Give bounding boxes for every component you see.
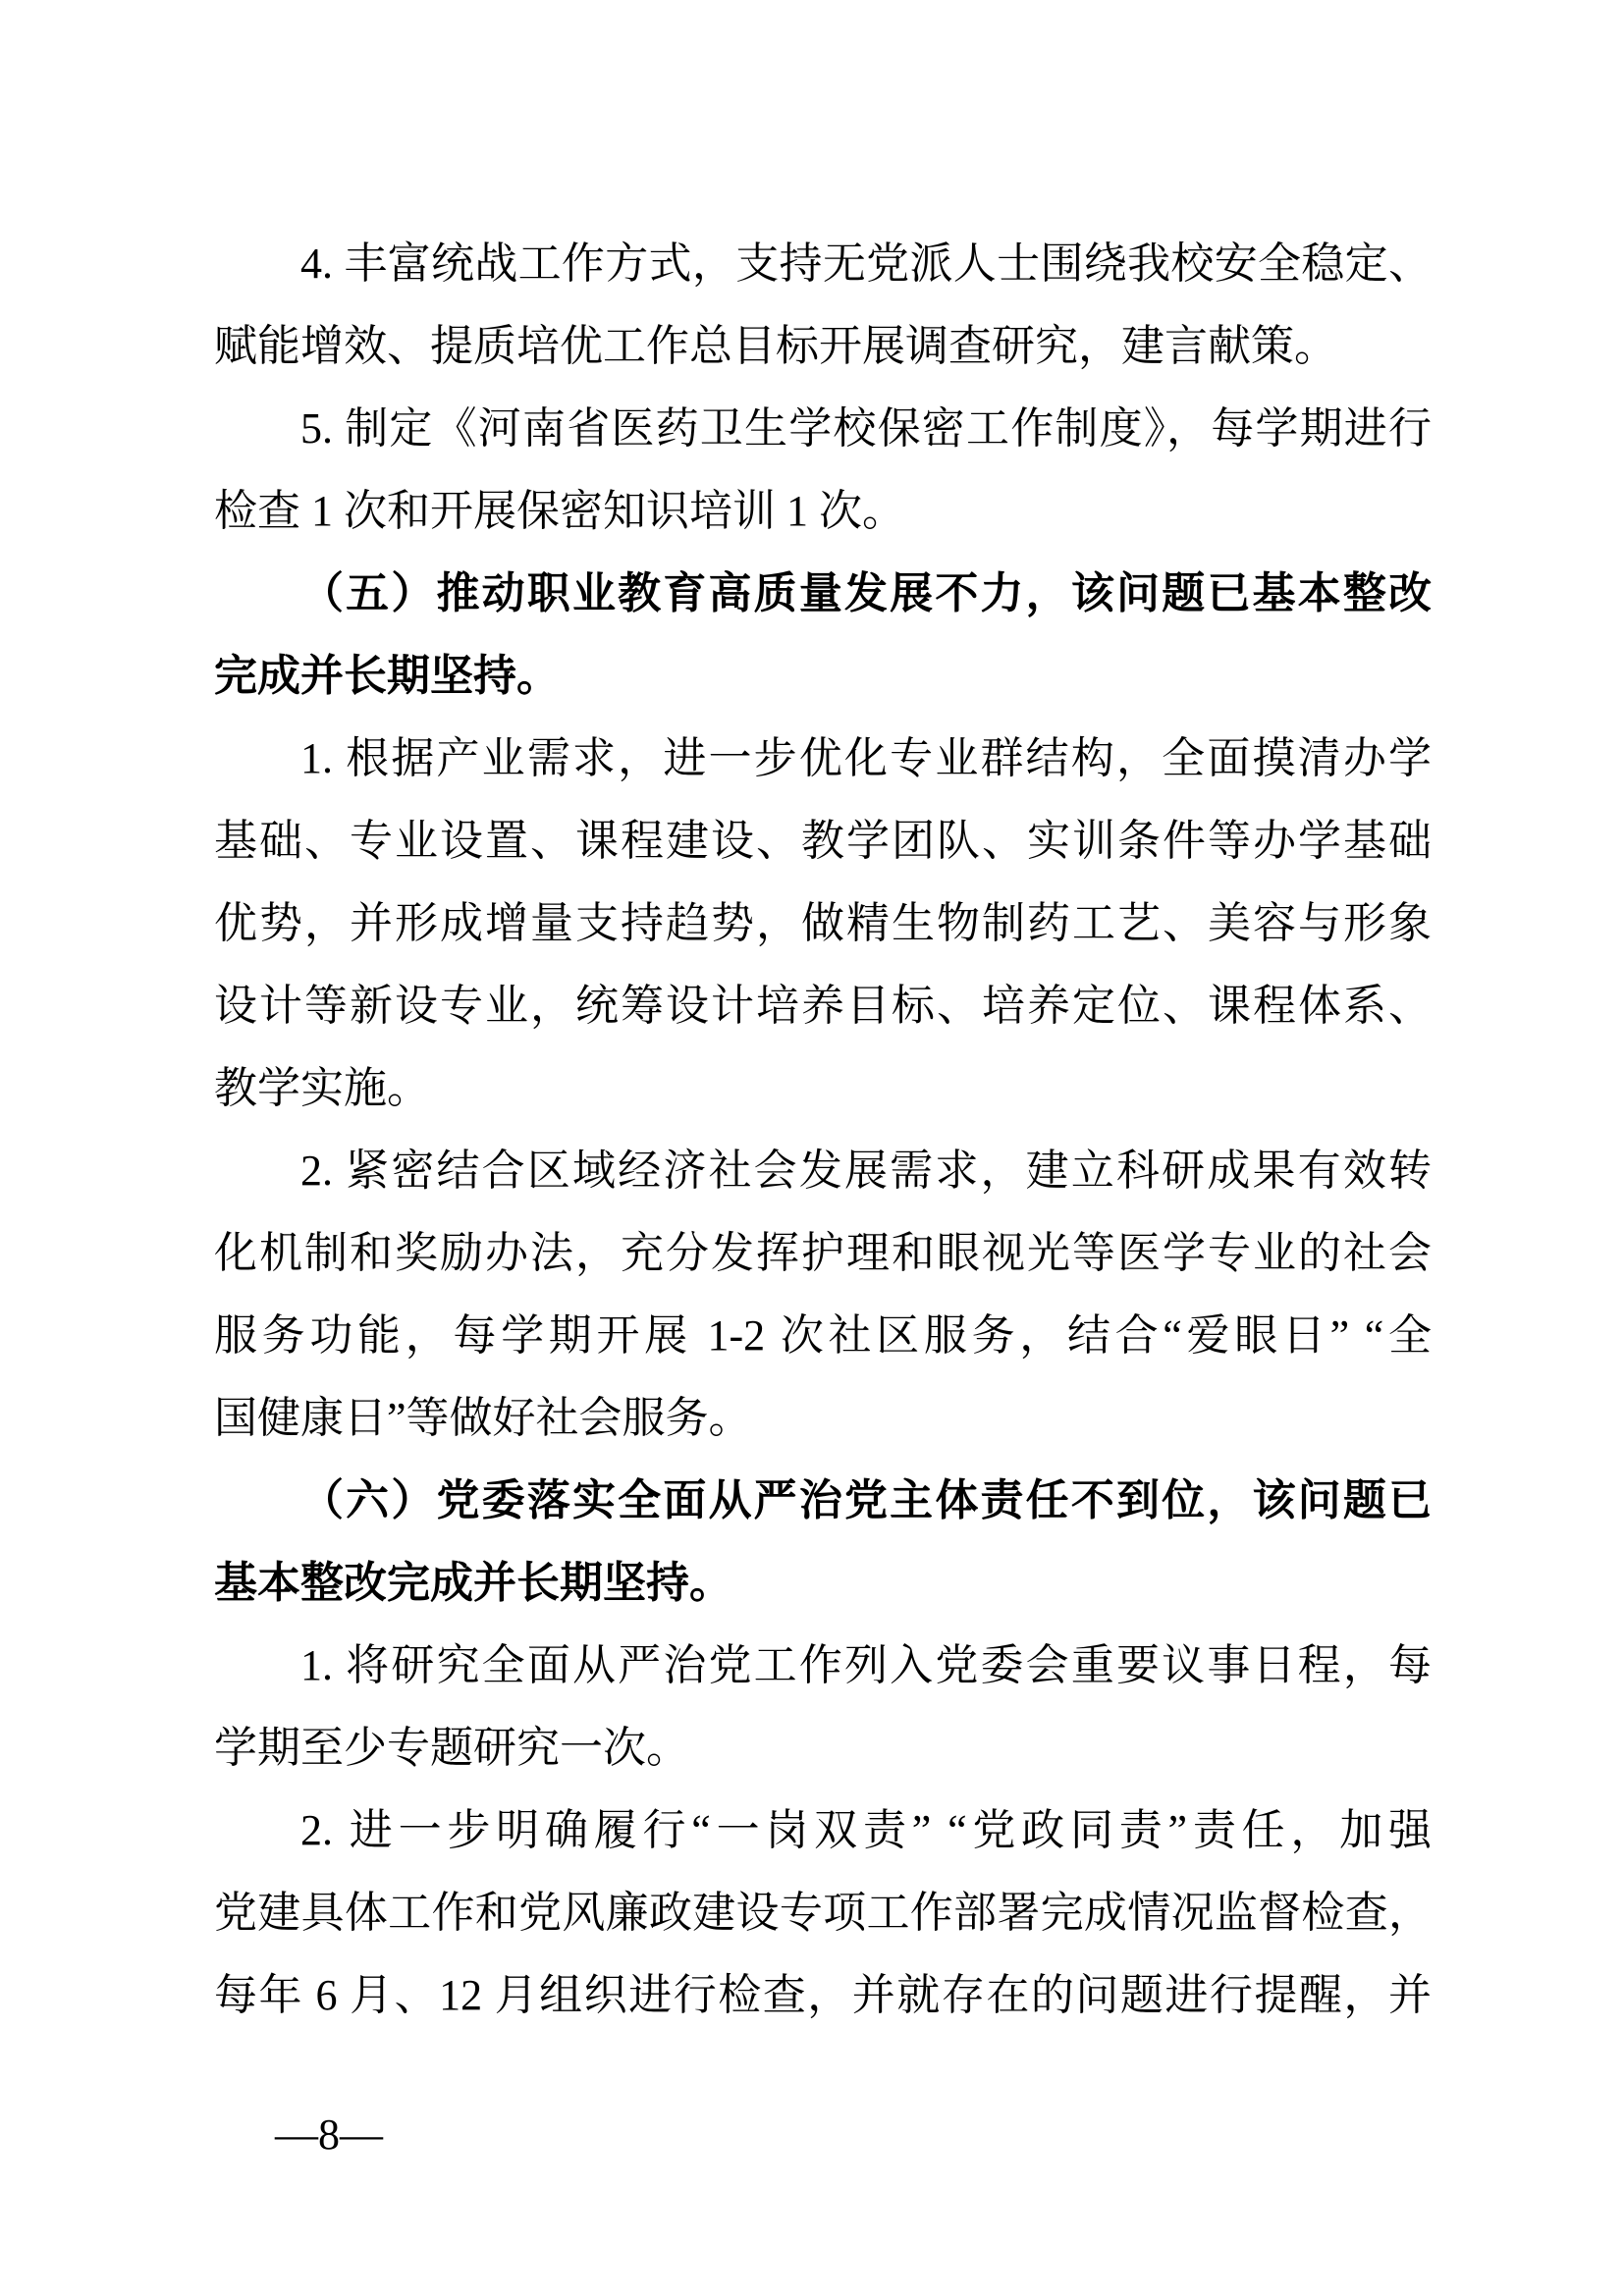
text-line: 1. 根据产业需求，进一步优化专业群结构，全面摸清办学 — [214, 718, 1432, 800]
text-line: 赋能增效、提质培优工作总目标开展调查研究，建言献策。 — [214, 305, 1432, 388]
text-line: 国健康日”等做好社会服务。 — [214, 1377, 1432, 1460]
text-line: 优势，并形成增量支持趋势，做精生物制药工艺、美容与形象 — [214, 882, 1432, 965]
text-line: 教学实施。 — [214, 1047, 1432, 1130]
text-line: 完成并长期坚持。 — [214, 635, 1432, 718]
text-line: 化机制和奖励办法，充分发挥护理和眼视光等医学专业的社会 — [214, 1212, 1432, 1295]
text-line: 基本整改完成并长期坚持。 — [214, 1542, 1432, 1625]
text-line: 1. 将研究全面从严治党工作列入党委会重要议事日程，每 — [214, 1625, 1432, 1707]
text-line: 2. 进一步明确履行“一岗双责” “党政同责”责任，加强 — [214, 1789, 1432, 1872]
text-line: 每年 6 月、12 月组织进行检查，并就存在的问题进行提醒，并 — [214, 1954, 1432, 2037]
text-line: 学期至少专题研究一次。 — [214, 1707, 1432, 1789]
text-line: 基础、专业设置、课程建设、教学团队、实训条件等办学基础 — [214, 800, 1432, 882]
text-line: 党建具体工作和党风廉政建设专项工作部署完成情况监督检查， — [214, 1872, 1432, 1954]
page-number: —8— — [275, 2094, 383, 2176]
text-line: 设计等新设专业，统筹设计培养目标、培养定位、课程体系、 — [214, 965, 1432, 1047]
text-line: （五）推动职业教育高质量发展不力，该问题已基本整改 — [214, 553, 1432, 635]
document-page: 4. 丰富统战工作方式，支持无党派人士围绕我校安全稳定、赋能增效、提质培优工作总… — [0, 0, 1624, 2296]
text-line: 4. 丰富统战工作方式，支持无党派人士围绕我校安全稳定、 — [214, 223, 1432, 305]
text-line: 服务功能，每学期开展 1-2 次社区服务，结合“爱眼日” “全 — [214, 1295, 1432, 1377]
text-line: （六）党委落实全面从严治党主体责任不到位，该问题已 — [214, 1460, 1432, 1542]
text-line: 检查 1 次和开展保密知识培训 1 次。 — [214, 470, 1432, 553]
document-text: 4. 丰富统战工作方式，支持无党派人士围绕我校安全稳定、赋能增效、提质培优工作总… — [214, 223, 1432, 2037]
text-line: 2. 紧密结合区域经济社会发展需求，建立科研成果有效转 — [214, 1130, 1432, 1212]
text-line: 5. 制定《河南省医药卫生学校保密工作制度》，每学期进行 — [214, 388, 1432, 470]
